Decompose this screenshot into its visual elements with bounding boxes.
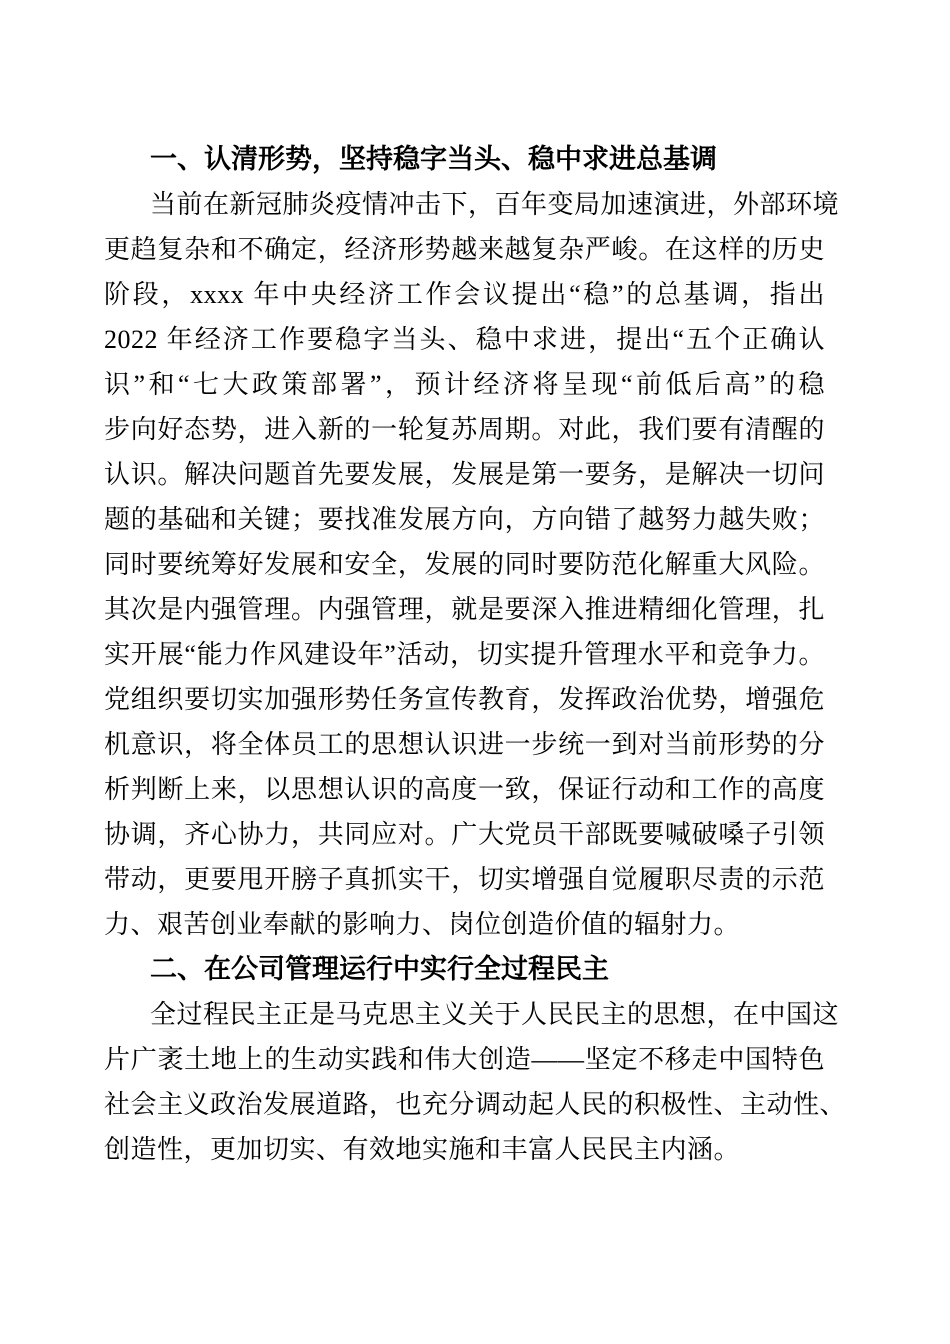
text-line: 片广袤土地上的生动实践和伟大创造——坚定不移走中国特色 [104, 1037, 825, 1082]
text-line: 实开展“能力作风建设年”活动，切实提升管理水平和竞争力。 [104, 632, 825, 677]
body-paragraph: 当前在新冠肺炎疫情冲击下，百年变局加速演进，外部环境更趋复杂和不确定，经济形势越… [104, 182, 825, 947]
section-heading: 二、在公司管理运行中实行全过程民主 [104, 947, 825, 992]
text-line: 其次是内强管理。内强管理，就是要深入推进精细化管理，扎 [104, 587, 825, 632]
text-line: 2022 年经济工作要稳字当头、稳中求进，提出“五个正确认 [104, 317, 825, 362]
text-line: 创造性，更加切实、有效地实施和丰富人民民主内涵。 [104, 1127, 825, 1172]
document-page: 一、认清形势，坚持稳字当头、稳中求进总基调当前在新冠肺炎疫情冲击下，百年变局加速… [0, 0, 950, 1344]
text-line: 识”和“七大政策部署”，预计经济将呈现“前低后高”的稳 [104, 362, 825, 407]
text-line: 机意识，将全体员工的思想认识进一步统一到对当前形势的分 [104, 722, 825, 767]
text-line: 析判断上来，以思想认识的高度一致，保证行动和工作的高度 [104, 767, 825, 812]
text-line: 党组织要切实加强形势任务宣传教育，发挥政治优势，增强危 [104, 677, 825, 722]
text-line: 更趋复杂和不确定，经济形势越来越复杂严峻。在这样的历史 [104, 227, 825, 272]
document-content: 一、认清形势，坚持稳字当头、稳中求进总基调当前在新冠肺炎疫情冲击下，百年变局加速… [104, 137, 825, 1172]
text-line: 认识。解决问题首先要发展，发展是第一要务，是解决一切问 [104, 452, 825, 497]
text-line: 力、艰苦创业奉献的影响力、岗位创造价值的辐射力。 [104, 902, 825, 947]
text-line: 协调，齐心协力，共同应对。广大党员干部既要喊破嗓子引领 [104, 812, 825, 857]
text-line: 带动，更要甩开膀子真抓实干，切实增强自觉履职尽责的示范 [104, 857, 825, 902]
section-heading: 一、认清形势，坚持稳字当头、稳中求进总基调 [104, 137, 825, 182]
text-line: 题的基础和关键；要找准发展方向，方向错了越努力越失败； [104, 497, 825, 542]
text-line: 当前在新冠肺炎疫情冲击下，百年变局加速演进，外部环境 [104, 182, 825, 227]
text-line: 社会主义政治发展道路，也充分调动起人民的积极性、主动性、 [104, 1082, 825, 1127]
text-line: 步向好态势，进入新的一轮复苏周期。对此，我们要有清醒的 [104, 407, 825, 452]
text-line: 阶段，xxxx 年中央经济工作会议提出“稳”的总基调，指出 [104, 272, 825, 317]
text-line: 同时要统筹好发展和安全，发展的同时要防范化解重大风险。 [104, 542, 825, 587]
body-paragraph: 全过程民主正是马克思主义关于人民民主的思想，在中国这片广袤土地上的生动实践和伟大… [104, 992, 825, 1172]
text-line: 全过程民主正是马克思主义关于人民民主的思想，在中国这 [104, 992, 825, 1037]
